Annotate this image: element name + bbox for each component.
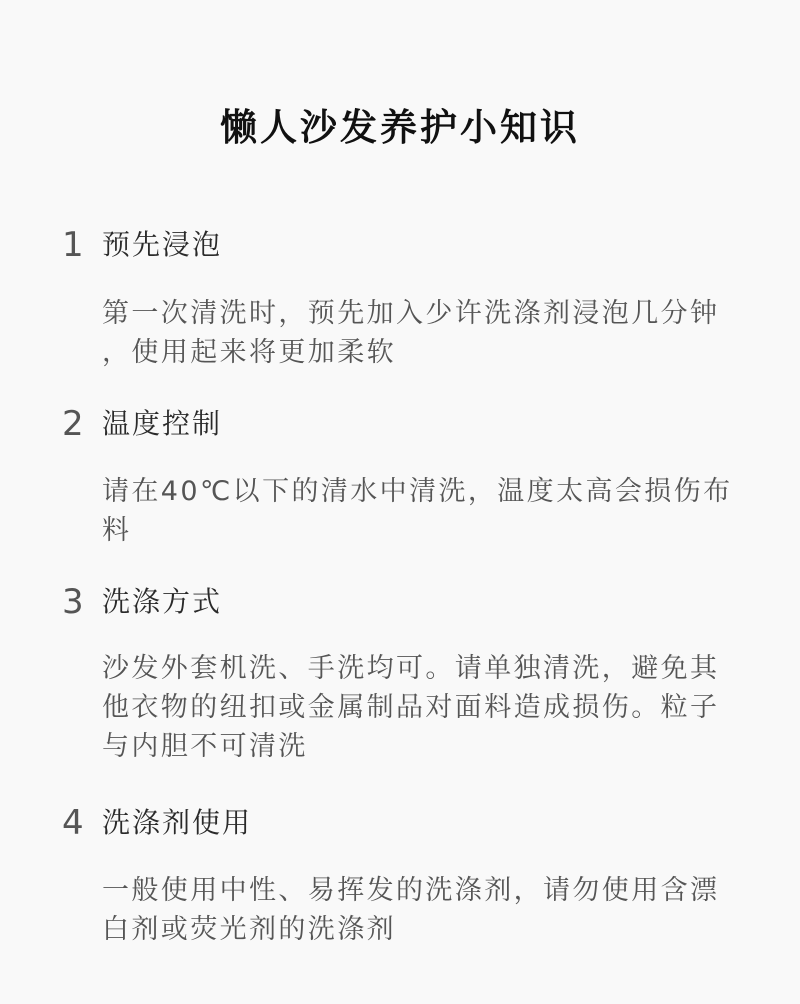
body-line: 白剂或荧光剂的洗涤剂: [102, 910, 742, 949]
body-line: 一般使用中性、易挥发的洗涤剂，请勿使用含漂: [102, 871, 742, 910]
section-heading: 3 洗涤方式: [60, 580, 750, 624]
tip-section-1: 1 预先浸泡 第一次清洗时，预先加入少许洗涤剂浸泡几分钟 ，使用起来将更加柔软: [60, 223, 750, 372]
page-title: 懒人沙发养护小知识: [0, 103, 800, 153]
section-heading: 1 预先浸泡: [60, 223, 750, 267]
section-body: 请在40℃以下的清水中清洗，温度太高会损伤布 料: [102, 472, 742, 550]
body-line: 第一次清洗时，预先加入少许洗涤剂浸泡几分钟: [102, 294, 742, 333]
section-number: 1: [60, 223, 102, 267]
tip-section-4: 4 洗涤剂使用 一般使用中性、易挥发的洗涤剂，请勿使用含漂 白剂或荧光剂的洗涤剂: [60, 801, 750, 949]
section-heading: 2 温度控制: [60, 402, 750, 446]
section-body: 一般使用中性、易挥发的洗涤剂，请勿使用含漂 白剂或荧光剂的洗涤剂: [102, 871, 742, 949]
body-line: 他衣物的纽扣或金属制品对面料造成损伤。粒子: [102, 688, 742, 727]
tip-section-2: 2 温度控制 请在40℃以下的清水中清洗，温度太高会损伤布 料: [60, 402, 750, 550]
section-heading: 4 洗涤剂使用: [60, 801, 750, 845]
body-line: 请在40℃以下的清水中清洗，温度太高会损伤布: [102, 472, 742, 511]
section-number: 4: [60, 801, 102, 845]
body-line: 与内胆不可清洗: [102, 727, 742, 766]
section-number: 2: [60, 402, 102, 446]
section-title: 预先浸泡: [102, 223, 222, 267]
section-number: 3: [60, 580, 102, 624]
section-body: 第一次清洗时，预先加入少许洗涤剂浸泡几分钟 ，使用起来将更加柔软: [102, 294, 742, 372]
section-title: 温度控制: [102, 402, 222, 446]
body-line: 沙发外套机洗、手洗均可。请单独清洗，避免其: [102, 649, 742, 688]
section-title: 洗涤方式: [102, 580, 222, 624]
body-line: ，使用起来将更加柔软: [102, 333, 742, 372]
section-title: 洗涤剂使用: [102, 801, 252, 845]
tip-section-3: 3 洗涤方式 沙发外套机洗、手洗均可。请单独清洗，避免其 他衣物的纽扣或金属制品…: [60, 580, 750, 766]
body-line: 料: [102, 511, 742, 550]
section-body: 沙发外套机洗、手洗均可。请单独清洗，避免其 他衣物的纽扣或金属制品对面料造成损伤…: [102, 649, 742, 766]
